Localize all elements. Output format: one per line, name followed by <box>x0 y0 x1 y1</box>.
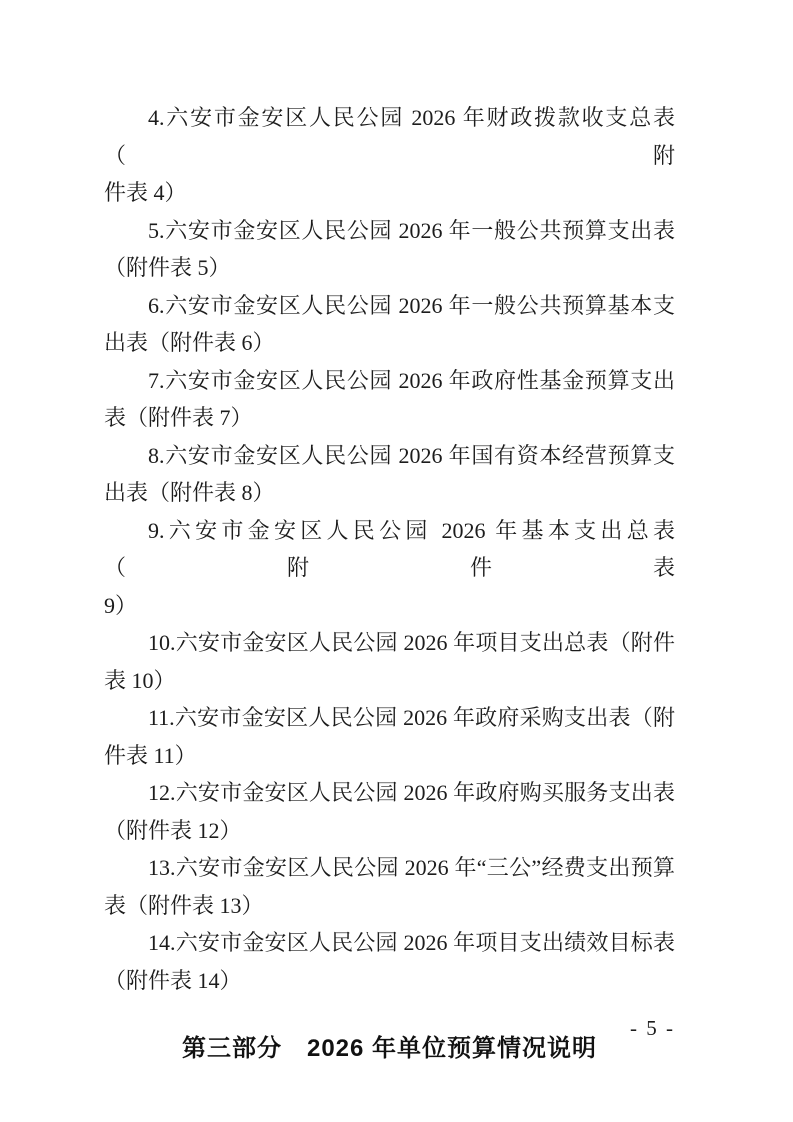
list-item-4-line-2: 件表 4） <box>104 174 675 212</box>
list-item-9-line-1: 9.六安市金安区人民公园 2026 年基本支出总表（附件表 <box>104 512 675 587</box>
list-item-6-line-2: 出表（附件表 6） <box>104 324 675 362</box>
list-item-10: 10.六安市金安区人民公园 2026 年项目支出总表（附件 表 10） <box>104 624 675 699</box>
list-item-8-line-2: 出表（附件表 8） <box>104 474 675 512</box>
list-item-12: 12.六安市金安区人民公园 2026 年政府购买服务支出表 （附件表 12） <box>104 774 675 849</box>
list-item-14-line-1: 14.六安市金安区人民公园 2026 年项目支出绩效目标表 <box>104 924 675 962</box>
list-item-4-line-1: 4.六安市金安区人民公园 2026 年财政拨款收支总表（附 <box>104 99 675 174</box>
list-item-4: 4.六安市金安区人民公园 2026 年财政拨款收支总表（附 件表 4） <box>104 99 675 212</box>
list-item-6-line-1: 6.六安市金安区人民公园 2026 年一般公共预算基本支 <box>104 287 675 325</box>
list-item-7-line-2: 表（附件表 7） <box>104 399 675 437</box>
page-number: - 5 - <box>104 1012 675 1044</box>
list-item-8-line-1: 8.六安市金安区人民公园 2026 年国有资本经营预算支 <box>104 437 675 475</box>
list-item-5-line-2: （附件表 5） <box>104 249 675 287</box>
list-item-9: 9.六安市金安区人民公园 2026 年基本支出总表（附件表 9） <box>104 512 675 625</box>
list-item-14: 14.六安市金安区人民公园 2026 年项目支出绩效目标表 （附件表 14） <box>104 924 675 999</box>
list-item-10-line-2: 表 10） <box>104 662 675 700</box>
list-item-7: 7.六安市金安区人民公园 2026 年政府性基金预算支出 表（附件表 7） <box>104 362 675 437</box>
list-item-9-line-2: 9） <box>104 587 675 625</box>
list-item-5: 5.六安市金安区人民公园 2026 年一般公共预算支出表 （附件表 5） <box>104 212 675 287</box>
document-page: 4.六安市金安区人民公园 2026 年财政拨款收支总表（附 件表 4） 5.六安… <box>0 0 793 1122</box>
list-item-11-line-2: 件表 11） <box>104 737 675 775</box>
list-item-12-line-1: 12.六安市金安区人民公园 2026 年政府购买服务支出表 <box>104 774 675 812</box>
document-body: 4.六安市金安区人民公园 2026 年财政拨款收支总表（附 件表 4） 5.六安… <box>104 99 675 1068</box>
list-item-13-line-1: 13.六安市金安区人民公园 2026 年“三公”经费支出预算 <box>104 849 675 887</box>
list-item-13-line-2: 表（附件表 13） <box>104 887 675 925</box>
list-item-5-line-1: 5.六安市金安区人民公园 2026 年一般公共预算支出表 <box>104 212 675 250</box>
list-item-8: 8.六安市金安区人民公园 2026 年国有资本经营预算支 出表（附件表 8） <box>104 437 675 512</box>
list-item-6: 6.六安市金安区人民公园 2026 年一般公共预算基本支 出表（附件表 6） <box>104 287 675 362</box>
list-item-7-line-1: 7.六安市金安区人民公园 2026 年政府性基金预算支出 <box>104 362 675 400</box>
list-item-11-line-1: 11.六安市金安区人民公园 2026 年政府采购支出表（附 <box>104 699 675 737</box>
list-item-10-line-1: 10.六安市金安区人民公园 2026 年项目支出总表（附件 <box>104 624 675 662</box>
list-item-13: 13.六安市金安区人民公园 2026 年“三公”经费支出预算 表（附件表 13） <box>104 849 675 924</box>
list-item-11: 11.六安市金安区人民公园 2026 年政府采购支出表（附 件表 11） <box>104 699 675 774</box>
list-item-12-line-2: （附件表 12） <box>104 812 675 850</box>
list-item-14-line-2: （附件表 14） <box>104 962 675 1000</box>
